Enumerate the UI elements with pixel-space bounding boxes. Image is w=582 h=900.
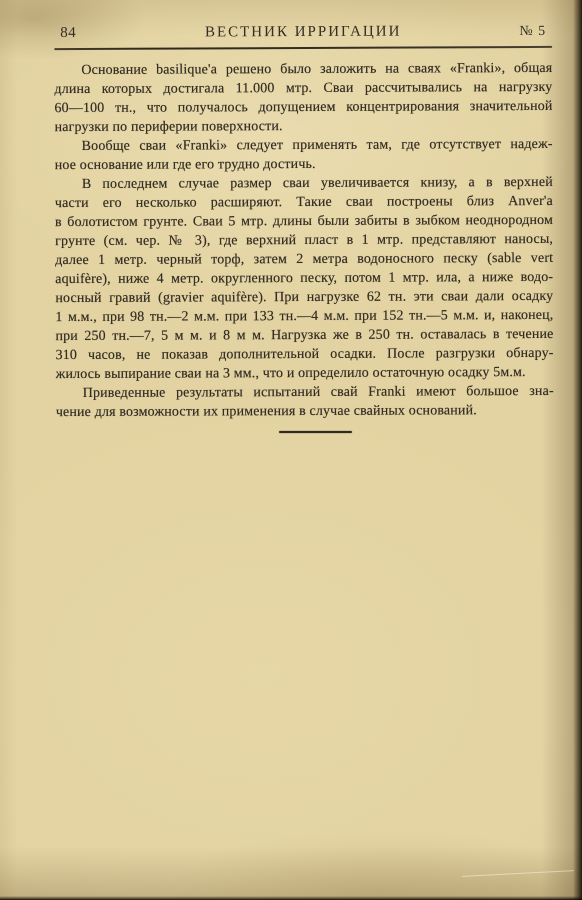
section-divider (279, 431, 352, 433)
text-line: длина которых достигала 11.000 мтр. Сваи… (54, 78, 552, 99)
text-line: Основание basilique'a решено было заложи… (54, 59, 552, 80)
text-line: чение для возможности их применения в сл… (56, 401, 554, 422)
page-content: 84 ВЕСТНИК ИРРИГАЦИИ № 5 Основание basil… (54, 23, 554, 422)
paper-scratch (462, 870, 574, 877)
text-line: 60—100 тн., что получалось допущением ко… (54, 97, 552, 118)
text-line: нагрузки по периферии поверхности. (55, 116, 553, 137)
scan-edge-bottom (0, 896, 582, 900)
text-line: далее 1 метр. черный торф, затем 2 метра… (55, 249, 553, 270)
text-line: Приведенные результаты испытаний свай Fr… (56, 382, 554, 403)
text-line: носный гравий (gravier aquifère). При на… (55, 287, 553, 308)
issue-number: № 5 (519, 24, 546, 40)
page-number: 84 (60, 25, 76, 42)
text-line: жилось выпирание сваи на 3 мм., что и оп… (56, 363, 554, 384)
header-rule (54, 46, 552, 50)
text-line: В последнем случае размер сваи увеличива… (55, 173, 553, 194)
text-line: части его несколько расширяют. Такие сва… (55, 192, 553, 213)
scanned-journal-page: 84 ВЕСТНИК ИРРИГАЦИИ № 5 Основание basil… (0, 0, 582, 900)
journal-title: ВЕСТНИК ИРРИГАЦИИ (205, 24, 402, 42)
article-body: Основание basilique'a решено было заложи… (54, 59, 554, 422)
text-line: ное основание или где его трудно достичь… (55, 154, 553, 175)
text-line: при 250 тн.—7, 5 м м. и 8 м м. Нагрузка … (55, 325, 553, 346)
text-line: грунте (см. чер. № 3), где верхний пласт… (55, 230, 553, 251)
text-line: aquifère), ниже 4 метр. округленного пес… (55, 268, 553, 289)
scan-edge-right (573, 0, 582, 900)
text-line: 310 часов, не показав дополнительной оса… (56, 344, 554, 365)
text-line: Вообще сваи «Franki» следует применять т… (55, 135, 553, 156)
running-header: 84 ВЕСТНИК ИРРИГАЦИИ № 5 (54, 23, 552, 44)
text-line: 1 м.м., при 98 тн.—2 м.м. при 133 тн.—4 … (55, 306, 553, 327)
text-line: в болотистом грунте. Сваи 5 мтр. длины б… (55, 211, 553, 232)
